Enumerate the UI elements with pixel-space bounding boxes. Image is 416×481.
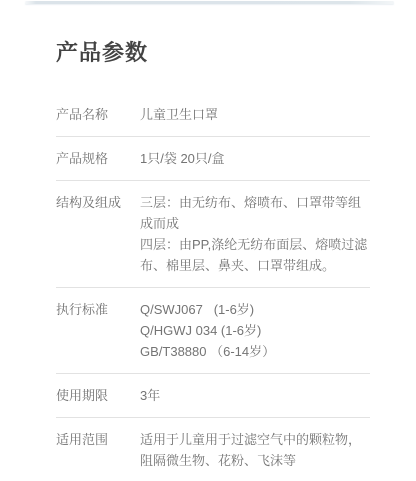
row-value-line: 儿童卫生口罩 [140,104,370,125]
param-row-shelf-life: 使用期限 3年 [56,374,370,418]
row-value-line: GB/T38880 （6-14岁） [140,341,370,362]
row-label: 结构及组成 [56,192,140,213]
row-value-line: Q/HGWJ 034 (1-6岁) [140,320,370,341]
row-label: 执行标准 [56,299,140,320]
param-row-standard: 执行标准 Q/SWJ067 (1-6岁) Q/HGWJ 034 (1-6岁) G… [56,288,370,374]
row-value: 适用于儿童用于过滤空气中的颗粒物，阻隔微生物、花粉、飞沫等 [140,429,370,471]
row-value-line: 四层：由PP,涤纶无纺布面层、熔喷过滤布、棉里层、鼻夹、口罩带组成。 [140,234,370,276]
row-value: 1只/袋 20只/盒 [140,148,370,169]
row-label: 使用期限 [56,385,140,406]
row-value-line: 三层：由无纺布、熔喷布、口罩带等组成而成 [140,192,370,234]
row-value-line: 适用于儿童用于过滤空气中的颗粒物，阻隔微生物、花粉、飞沫等 [140,429,370,471]
page-title: 产品参数 [56,38,370,68]
parameter-table: 产品名称 儿童卫生口罩 产品规格 1只/袋 20只/盒 结构及组成 三层：由无纺… [56,93,370,481]
row-value-line: 1只/袋 20只/盒 [140,148,370,169]
row-value-line: Q/SWJ067 (1-6岁) [140,299,370,320]
row-value: 儿童卫生口罩 [140,104,370,125]
row-value: Q/SWJ067 (1-6岁) Q/HGWJ 034 (1-6岁) GB/T38… [140,299,370,362]
row-label: 产品规格 [56,148,140,169]
row-label: 适用范围 [56,429,140,450]
product-parameters-panel: 产品参数 产品名称 儿童卫生口罩 产品规格 1只/袋 20只/盒 结构及组成 三… [0,0,416,481]
row-label: 产品名称 [56,104,140,125]
param-row-product-spec: 产品规格 1只/袋 20只/盒 [56,137,370,181]
row-value: 3年 [140,385,370,406]
param-row-product-name: 产品名称 儿童卫生口罩 [56,93,370,137]
param-row-scope: 适用范围 适用于儿童用于过滤空气中的颗粒物，阻隔微生物、花粉、飞沫等 [56,418,370,481]
row-value-line: 3年 [140,385,370,406]
param-row-structure: 结构及组成 三层：由无纺布、熔喷布、口罩带等组成而成 四层：由PP,涤纶无纺布面… [56,181,370,288]
row-value: 三层：由无纺布、熔喷布、口罩带等组成而成 四层：由PP,涤纶无纺布面层、熔喷过滤… [140,192,370,276]
